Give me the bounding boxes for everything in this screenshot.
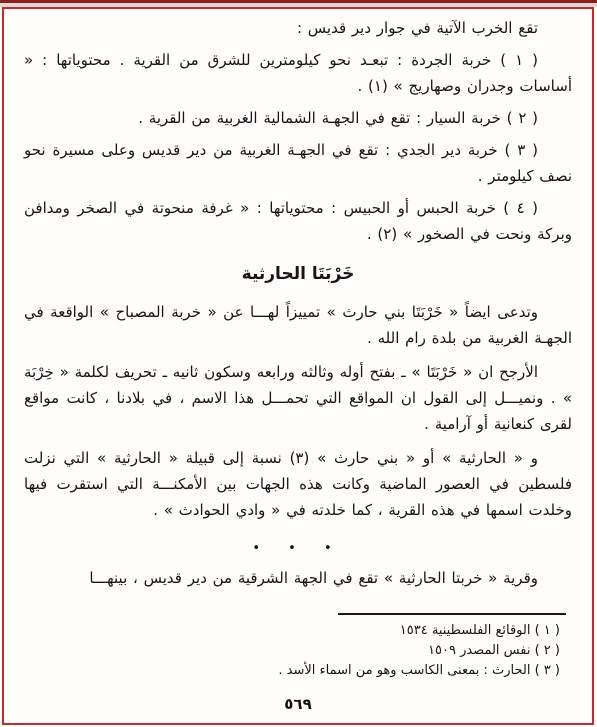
footnote-2: ( ٢ ) نفس المصدر ١٥٠٩ xyxy=(24,641,572,661)
footnote-1: ( ١ ) الوقائع الفلسطينية ١٥٣٤ xyxy=(24,621,572,641)
footnote-area: ( ١ ) الوقائع الفلسطينية ١٥٣٤ ( ٢ ) نفس … xyxy=(24,613,572,681)
scanned-book-page: تقع الخرب الآتية في جوار دير قديس : ( ١ … xyxy=(0,0,597,727)
intro-paragraph: تقع الخرب الآتية في جوار دير قديس : xyxy=(24,15,572,41)
footnote-3: ( ٣ ) الحارث : بمعنى الكاسب وهو من اسماء… xyxy=(24,661,572,681)
paragraph-3: و « الحارثية » أو « بني حارث » (٣) نسبة … xyxy=(24,445,572,523)
section-separator-dots: • • • xyxy=(24,539,572,559)
list-item-1: ( ١ ) خربة الجردة : تبعـد نحو كيلومترين … xyxy=(24,47,572,99)
page-number: ٥٦٩ xyxy=(4,695,592,713)
page-frame: تقع الخرب الآتية في جوار دير قديس : ( ١ … xyxy=(2,7,594,725)
list-item-3: ( ٣ ) خربة دير الجدي : تقع في الجهـة الغ… xyxy=(24,137,572,189)
page-content: تقع الخرب الآتية في جوار دير قديس : ( ١ … xyxy=(4,9,592,723)
section-heading: خَرْبَتَا الحارثية xyxy=(24,261,572,287)
paragraph-2: الأرجح ان « خَرْبَتَا » ـ بفتح أوله وثال… xyxy=(24,359,572,437)
footnote-rule xyxy=(338,613,566,615)
closing-paragraph: وقرية « خربتا الحارثية » تقع في الجهة ال… xyxy=(24,565,572,591)
paragraph-1: وتدعى ايضاً « خَرْبَتَا بني حارث » تمييز… xyxy=(24,299,572,351)
list-item-2: ( ٢ ) خربة السيار : تقع في الجهـة الشمال… xyxy=(24,105,572,131)
list-item-4: ( ٤ ) خربة الحبس أو الحبيس : محتوياتها :… xyxy=(24,195,572,247)
